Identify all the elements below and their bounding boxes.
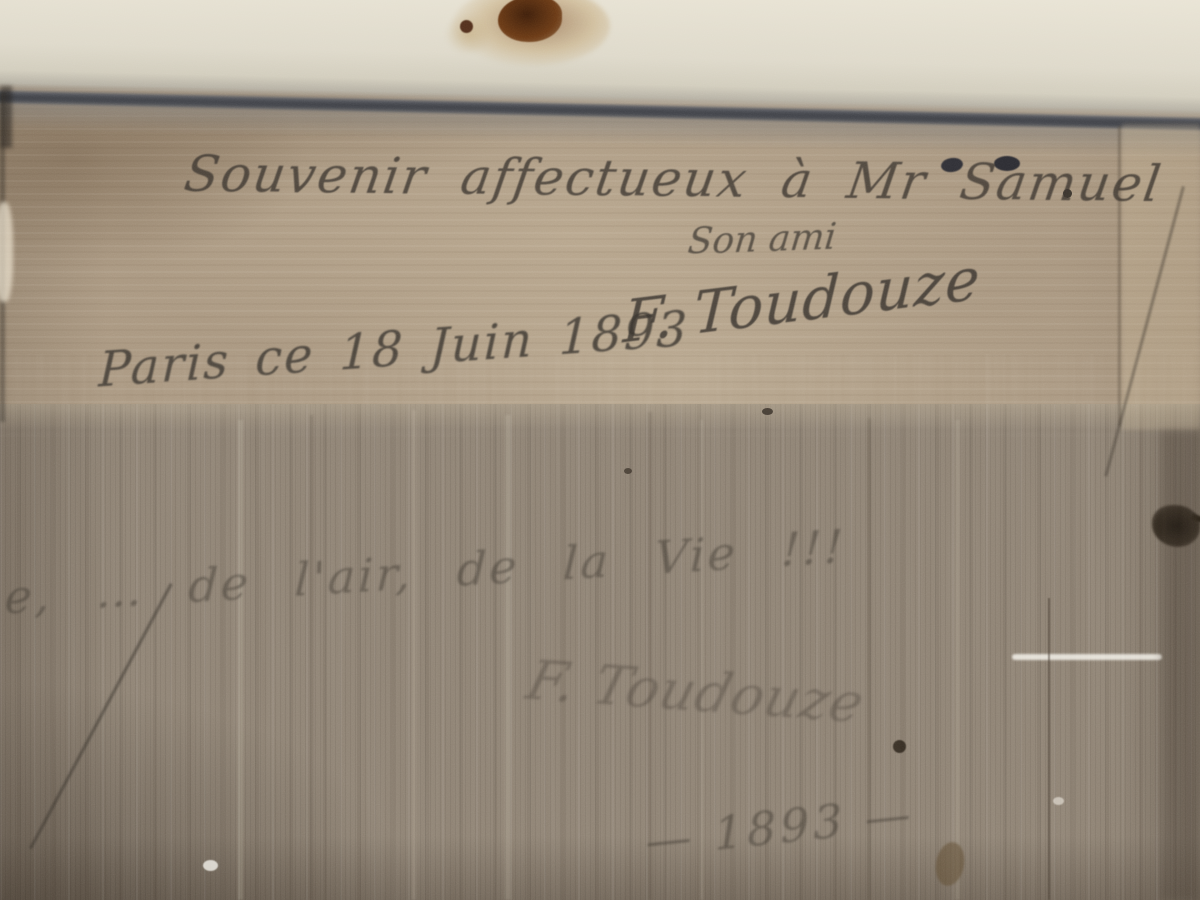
wood-grain-streak (412, 410, 416, 900)
ink-speck (624, 468, 632, 474)
wood-grain-streak (238, 420, 243, 900)
wood-grain-streak (955, 420, 960, 900)
wood-board-lower (0, 404, 1200, 900)
wood-grain-streak (505, 415, 511, 900)
white-speck (203, 860, 218, 871)
stain-spot (460, 20, 473, 33)
photo-panel-verso: Souvenir affectueux à Mr Samuel Son ami … (0, 0, 1200, 900)
white-scratch (1012, 654, 1162, 660)
right-edge-shading (1160, 430, 1200, 900)
handwritten-dedication-line2: Son ami (686, 216, 838, 262)
handwritten-dedication: Souvenir affectueux à Mr Samuel (181, 145, 1167, 213)
wood-grain-streak (310, 415, 313, 900)
wood-crack (1048, 598, 1050, 900)
ink-speck (762, 408, 773, 415)
left-edge-chip (0, 202, 13, 302)
white-speck (1053, 797, 1064, 805)
ink-dot (893, 740, 906, 753)
